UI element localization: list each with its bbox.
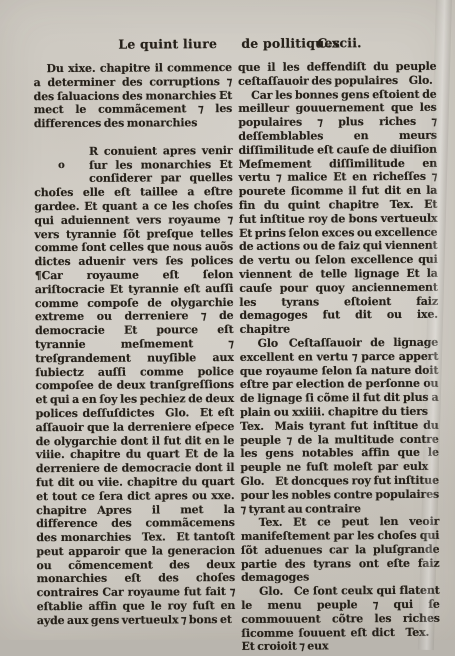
left-column: Du xixe. chapitre il commence a determin… xyxy=(33,61,235,640)
right-paragraph-3: Glo Ceſtaſſauoir de lignage excellent en… xyxy=(240,336,440,517)
header-book-title: Le quint liure xyxy=(118,36,217,52)
right-paragraph-4: Tex. Et ce peut len veoir manifeſtement … xyxy=(241,515,440,585)
text-columns: Du xixe. chapitre il commence a determin… xyxy=(33,60,440,640)
chapter-summary-paragraph: Du xixe. chapitre il commence a determin… xyxy=(33,61,232,131)
left-body-paragraph: oR conuient apres venir ſur les monarchi… xyxy=(34,144,235,628)
left-body-text: R conuient apres venir ſur les monarchie… xyxy=(34,144,235,627)
folio-number: C.xcii. xyxy=(317,35,361,50)
running-header: Le quint liure de pollitiques C.xcii. xyxy=(0,35,453,54)
printed-area: Le quint liure de pollitiques C.xcii. Du… xyxy=(0,0,455,640)
right-paragraph-2: Car les bonnes gens eſtoient de meilleur… xyxy=(238,87,438,337)
right-paragraph-1: que il les deffendiſt du peuple ceſtaſſa… xyxy=(238,60,437,89)
guide-letter: o xyxy=(58,159,65,172)
initial-letter-space: o xyxy=(34,145,89,187)
right-column: que il les deffendiſt du peuple ceſtaſſa… xyxy=(238,60,440,640)
right-paragraph-5: Glo. Ce ſont ceulx qui flatent le menu p… xyxy=(241,584,440,640)
book-page: Le quint liure de pollitiques C.xcii. Du… xyxy=(0,0,455,640)
